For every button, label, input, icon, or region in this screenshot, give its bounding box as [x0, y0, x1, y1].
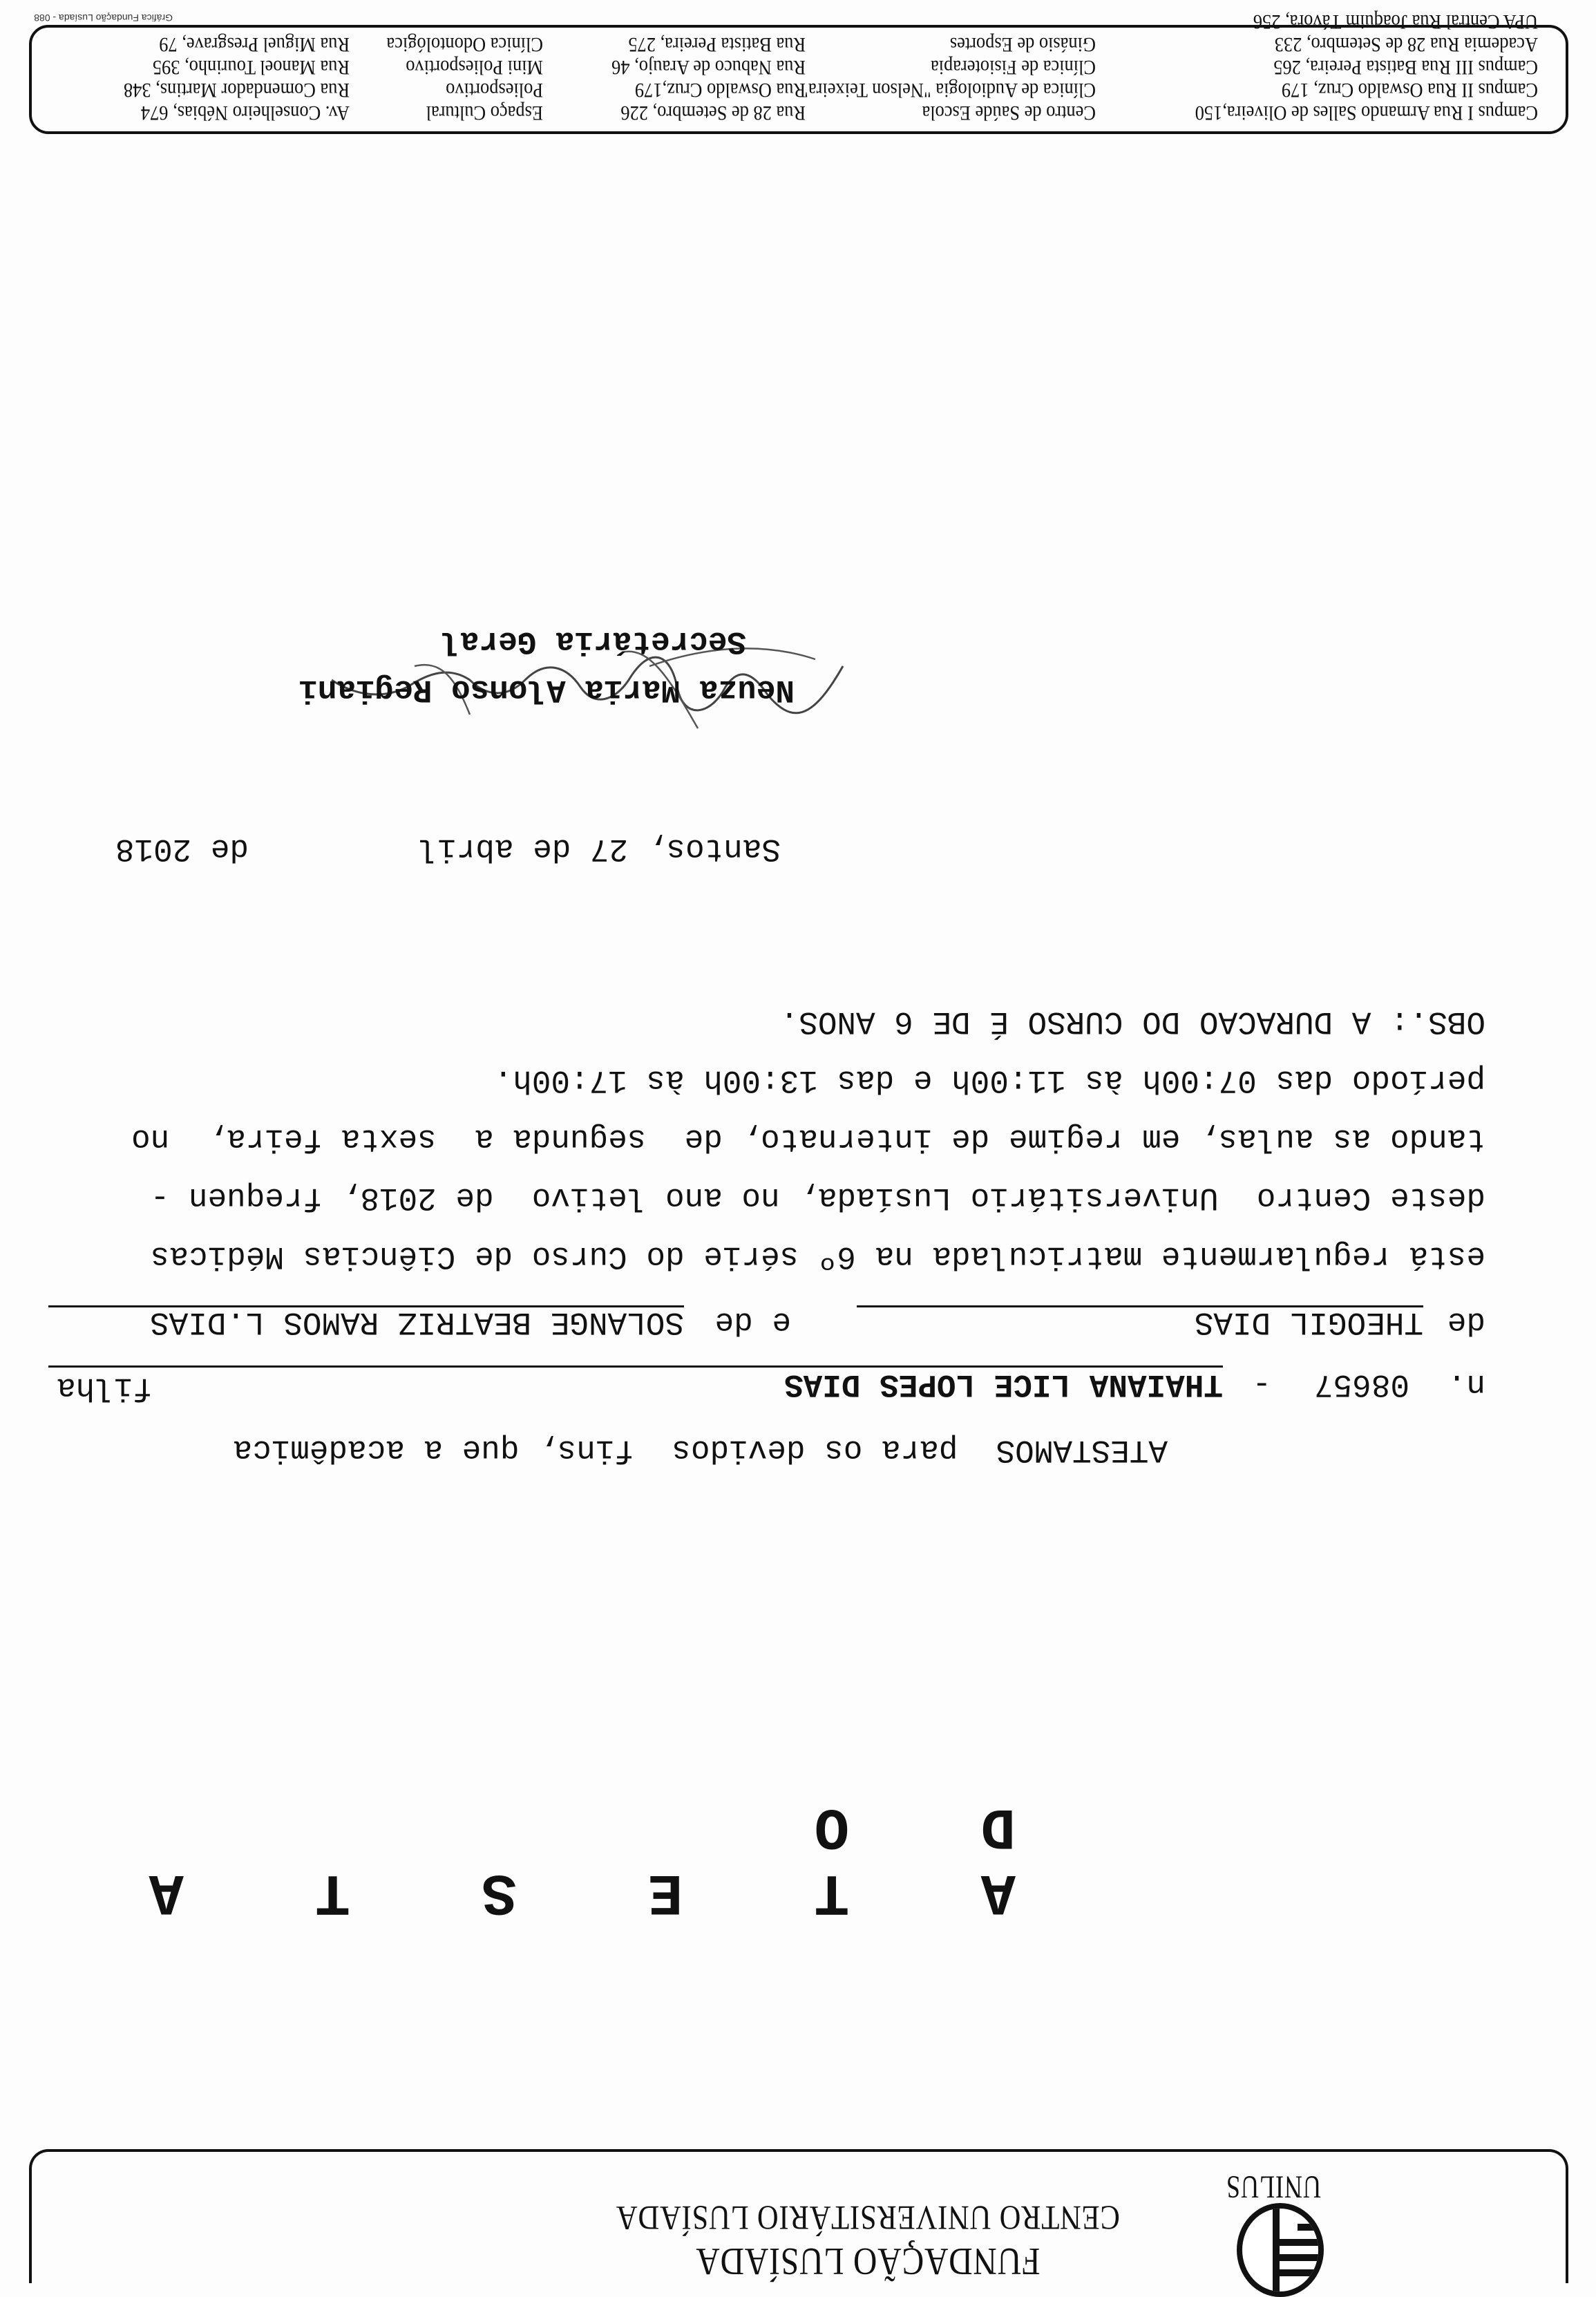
daughter-label: filha [57, 1370, 152, 1406]
facility-item: Mini Poliesportivo [386, 56, 543, 79]
address-item: Rua Batista Pereira, 275 [611, 33, 806, 56]
scanned-document-page: UNILUS FUNDAÇÃO LUSÍADA CENTRO UNIVERSIT… [0, 0, 1596, 2297]
address-item: Academia Rua 28 de Setembro, 233 [1195, 33, 1538, 56]
logo-text: UNILUS [1226, 2168, 1321, 2206]
classes-line: tando as aulas, em regime de internato, … [131, 1121, 1485, 1157]
logo-emblem-icon [1237, 2203, 1324, 2297]
registration-number: 08657 [1314, 1366, 1409, 1402]
registration-prefix: n. [1447, 1366, 1485, 1402]
address-item: Campus II Rua Oswaldo Cruz, 179 [1195, 79, 1538, 102]
address-item: Rua Oswaldo Cruz,179 [611, 79, 806, 102]
address-footer: Campus I Rua Armando Salles de Oliveira,… [29, 25, 1568, 134]
father-name-underline [857, 1305, 1423, 1307]
document-title: A T E S T A D O [0, 1793, 1016, 1924]
signatory-name: Neuza Maria Alonso Regiani [298, 672, 795, 708]
student-name: THAIANA LICE LOPES DIAS [784, 1366, 1223, 1402]
father-name: THEOGIL DIAS [1195, 1304, 1423, 1340]
letterhead: UNILUS FUNDAÇÃO LUSÍADA CENTRO UNIVERSIT… [29, 2149, 1568, 2283]
address-item: Rua 28 de Setembro, 226 [611, 102, 806, 124]
address-item: UPA Central Rua Joaquim Távora, 256 [1195, 10, 1538, 33]
organization-name: FUNDAÇÃO LUSÍADA [604, 2239, 1132, 2283]
student-name-underline [48, 1365, 1223, 1368]
address-item: Rua Nabuco de Araujo, 46 [611, 56, 806, 79]
footer-campus-addresses: Campus I Rua Armando Salles de Oliveira,… [1195, 10, 1538, 124]
footer-facilities: Centro de Saúde Escola Clínica de Audiol… [801, 33, 1096, 124]
schedule-line: período das 07:00h às 11:00h e das 13:00… [494, 1062, 1485, 1098]
address-item: Av. Conselheiro Nébias, 674 [124, 102, 350, 124]
unilus-logo: UNILUS [1234, 2166, 1331, 2283]
facility-item: Espaço Cultural [386, 102, 543, 124]
address-item: Rua Manoel Tourinho, 395 [124, 56, 350, 79]
center-line: deste Centro Universitário Lusíada, no a… [151, 1180, 1485, 1216]
date-city: Santos, 27 de abril [419, 831, 781, 867]
footer-facility-addresses-2: Av. Conselheiro Nébias, 674 Rua Comendad… [124, 33, 350, 124]
facility-item: Clínica de Audiologia "Nelson Teixeira" [801, 79, 1096, 102]
mother-prefix: e de [715, 1304, 791, 1340]
facility-item: Centro de Saúde Escola [801, 102, 1096, 124]
separator-dash: - [1252, 1366, 1271, 1402]
signatory-role: Secretária Geral [441, 623, 746, 659]
observation-line: OBS.: A DURACAO DO CURSO É DE 6 ANOS. [780, 1003, 1485, 1039]
facility-item: Poliesportivo [386, 79, 543, 102]
intro-line: ATESTAMOS para os devidos fins, que a ac… [233, 1432, 1168, 1468]
footer-facility-addresses: Rua 28 de Setembro, 226 Rua Oswaldo Cruz… [611, 33, 806, 124]
facility-item: Clínica de Fisioterapia [801, 56, 1096, 79]
date-year: de 2018 [115, 831, 249, 867]
address-item: Campus III Rua Batista Pereira, 265 [1195, 56, 1538, 79]
address-item: Campus I Rua Armando Salles de Oliveira,… [1195, 102, 1538, 124]
address-item: Rua Miguel Presgrave, 79 [124, 33, 350, 56]
organization-title: FUNDAÇÃO LUSÍADA CENTRO UNIVERSITÁRIO LU… [557, 2197, 1179, 2283]
enrollment-line: está regularmente matriculada na 6º séri… [151, 1238, 1485, 1274]
facility-item: Clínica Odontológica [386, 33, 543, 56]
father-prefix: de [1447, 1304, 1485, 1340]
mother-name: SOLANGE BEATRIZ RAMOS L.DIAS [150, 1304, 684, 1340]
printer-note: Gráfica Fundação Lusíada - 088 [34, 12, 173, 23]
mother-name-underline [48, 1305, 684, 1307]
address-item: Rua Comendador Martins, 348 [124, 79, 350, 102]
facility-item: Ginásio de Esportes [801, 33, 1096, 56]
organization-subtitle: CENTRO UNIVERSITÁRIO LUSÍADA [604, 2197, 1132, 2239]
footer-facilities-2: Espaço Cultural Poliesportivo Mini Polie… [386, 33, 543, 124]
